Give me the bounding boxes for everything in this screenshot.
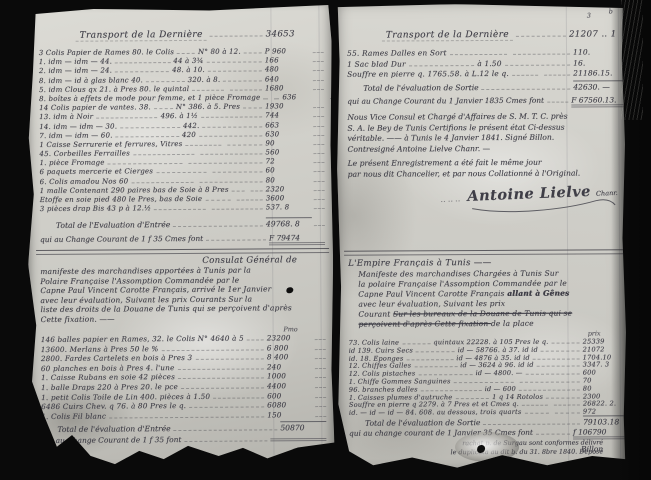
row-description: 1. petit Colis Toile de Lin 400. pièces … <box>41 391 210 401</box>
leader-dashes <box>421 386 482 391</box>
row-quantity: N° 80 à 12. <box>198 48 241 56</box>
left-ledger-rows: 3 Colis Papier de Rames 80. le Colis N° … <box>39 47 325 214</box>
registration-note: Le présent Enregistrement a été fait le … <box>348 157 628 179</box>
leader-dashes <box>546 393 580 398</box>
leader-dashes <box>313 67 324 72</box>
left-entree-exchange-row: qui au Change Courant de 1 f 35 font <box>41 434 326 445</box>
line-text: Manifeste des marchandises Chargées à Tu… <box>358 269 558 279</box>
row-description: 1. Caisse Rubans en soie 42 pièces <box>41 372 175 382</box>
row-description: 45. Corbeilles Ferrailles <box>39 149 130 158</box>
exchange-label: qui au Change Courant de 1 f 35 Cmes fon… <box>40 234 203 244</box>
right-total-row: Total de l'évaluation de Sortie 42630. — <box>347 80 627 92</box>
right-ledger-rows: 55. Rames Dalles en Sort 110. 1 Sac blad… <box>347 47 627 80</box>
leader-dashes <box>188 159 262 164</box>
leader-dashes <box>414 363 457 368</box>
row-amount: 636 <box>282 93 328 101</box>
paragraph-line: liste des droits de la Douane de Tunis q… <box>40 303 325 315</box>
line-text-bold: allant à Gênes <box>507 289 569 298</box>
leader-dashes <box>551 339 579 344</box>
leader-dashes <box>210 30 263 36</box>
leader-dashes <box>544 70 570 75</box>
row-amount: 640 <box>265 75 311 83</box>
scanned-manuscript-document: Transport de la Dernière 34653 3 Colis P… <box>0 0 651 480</box>
leader-dashes <box>315 383 326 388</box>
leader-dashes <box>315 373 326 378</box>
leader-dashes <box>455 394 489 399</box>
ledger-row: 3 pièces drap Bis 43 p à 12.½ 537. 8 <box>40 203 325 214</box>
certification-line: Contresigné Antoine Lielve Chanr. — <box>348 143 628 155</box>
corner-note: 3 <box>587 11 591 19</box>
leader-dashes <box>227 140 262 145</box>
leader-dashes <box>230 85 262 90</box>
leader-dashes <box>313 168 324 173</box>
exchange-amount <box>270 438 326 441</box>
row-quantity: 442. <box>183 121 199 129</box>
leader-dashes <box>315 345 326 350</box>
row-quantity: 320. à 8. <box>188 75 221 83</box>
leader-dashes <box>177 49 195 54</box>
leader-dashes <box>482 84 571 90</box>
row-amount: 21186.15. <box>573 68 627 77</box>
leader-dashes <box>189 403 264 408</box>
row-amount: 480 <box>265 65 311 73</box>
paper-crumple <box>455 432 519 462</box>
section-divider <box>36 248 329 255</box>
row-amount: 72 <box>265 157 311 165</box>
leader-dashes <box>200 177 263 182</box>
row-description: 3 pièces drap Bis 43 p à 12.½ <box>40 204 151 213</box>
row-description: 55. Rames Dalles en Sort <box>347 48 447 58</box>
exchange-amount: F 79474 <box>269 233 325 245</box>
row-amount: 60 <box>265 167 311 175</box>
leader-dashes <box>524 409 549 414</box>
ledger-row: 1. Colis Fil blanc 150 <box>41 410 326 422</box>
row-description: 1 malle Contenant 290 paires bas de Soie… <box>40 185 229 194</box>
leader-dashes <box>96 114 157 119</box>
leader-dashes <box>195 355 264 360</box>
row-amount: 630 <box>265 130 311 138</box>
leader-dashes <box>237 196 263 201</box>
row-quantity: 48. à 10. <box>172 66 205 74</box>
row-amount: 1680 <box>265 84 311 92</box>
row-description: 146 balles papier en Rames, 32. le Colis… <box>41 334 244 344</box>
leader-dashes <box>315 335 326 340</box>
leader-dashes <box>313 158 324 163</box>
leader-dashes <box>131 178 194 183</box>
row-amount: 600 <box>267 391 313 400</box>
empire-title: L'Empire Français à Tunis —— <box>348 257 628 268</box>
leader-dashes <box>416 347 455 352</box>
line-text: Capne Paul Vincent Carotte Français <box>358 289 507 299</box>
leader-dashes <box>313 122 324 127</box>
leader-dashes <box>313 103 324 108</box>
leader-dashes <box>115 58 170 63</box>
paragraph-line: Cette fixation. —— <box>41 313 326 325</box>
total-label: Total de l'évaluation d'Entrée <box>57 424 170 434</box>
left-total-row: Total de l'Evaluation d'Entrée 49768. 8 <box>40 217 325 230</box>
row-description: 1. balle Draps 220 à Pres 20. le pce <box>41 382 178 392</box>
leader-dashes <box>520 378 580 383</box>
row-description: Souffre en pierre q. 1765.58. à L.12 le … <box>347 69 509 79</box>
section-divider <box>344 249 632 256</box>
row-quantity: id — 4800. — <box>475 369 522 377</box>
row-amount: 110. <box>573 47 627 56</box>
row-description: 60 planches en bois à Pres 4. l'une <box>41 363 175 373</box>
row-description: 1. pièce Fromage <box>39 159 104 167</box>
line-text-struck: Sur les bureaux de la Douane de Tunis qu… <box>393 309 572 319</box>
row-amount: 744 <box>265 111 311 119</box>
manifest-sortie-paragraph: Manifeste des marchandises Chargées à Tu… <box>358 268 628 329</box>
leader-dashes <box>223 76 262 81</box>
row-quantity: 420 <box>182 131 196 139</box>
ink-blot <box>291 448 300 455</box>
left-transport-header: Transport de la Dernière 34653 <box>39 29 324 42</box>
row-description: 8. idm — id à glas blanc 40. <box>39 76 143 85</box>
row-description: 2800. Fardes Cartelets en bois à Pres 3 <box>41 353 193 363</box>
leader-dashes <box>120 123 180 128</box>
left-exchange-row: qui au Change Courant de 1 f 35 Cmes fon… <box>40 233 325 247</box>
line-text-struck: perçoivent d'après Cette fixation <box>358 319 490 329</box>
leader-dashes <box>555 409 580 414</box>
leader-dashes <box>314 204 325 209</box>
row-description: 1. Colis Fil blanc <box>41 411 106 420</box>
leader-dashes <box>313 112 324 117</box>
leader-dashes <box>313 57 324 62</box>
leader-dashes <box>537 362 580 367</box>
row-description: 1. idm — idm — 44. <box>39 58 112 67</box>
line-text: Courant <box>358 309 393 318</box>
leader-dashes <box>450 50 507 55</box>
leader-dashes <box>232 187 245 192</box>
page-right: 3 b Transport de la Dernière 21207 ‥ 1 5… <box>335 3 637 475</box>
leader-dashes <box>206 235 266 240</box>
row-amount: 90 <box>265 139 311 147</box>
ledger-row: Souffre en pierre q. 1765.58. à L.12 le … <box>347 68 627 80</box>
row-quantity: 496. à 1½ <box>161 112 198 120</box>
signature-suffix: Chanr. <box>596 189 618 198</box>
manifest-entree-paragraph: manifeste des marchandises apportées à T… <box>40 265 325 325</box>
leader-dashes <box>516 31 566 37</box>
row-description: 14 Colis papier de vantes. 38. <box>39 103 151 112</box>
row-description: 6 paquets mercerie et Cierges <box>39 168 153 177</box>
consul-certification: Nous Vice Consul et Chargé d'Affaires de… <box>347 111 627 154</box>
leader-dashes <box>313 140 324 145</box>
leader-dashes <box>547 98 568 103</box>
leader-dashes <box>313 48 324 53</box>
leader-dashes <box>313 149 324 154</box>
line-text: de la place <box>491 319 534 328</box>
row-amount: 16. <box>573 58 627 67</box>
leader-dashes <box>315 393 326 398</box>
leader-dashes <box>184 436 267 442</box>
transport-title: Transport de la Dernière <box>76 30 207 42</box>
leader-dashes <box>314 221 325 226</box>
row-description: 6. Colis amadou Nos 60 <box>40 177 129 186</box>
leader-dashes <box>199 131 262 136</box>
total-amount: 79103.18 <box>583 415 629 426</box>
row-description: 14. idm — idm — 30. <box>39 122 117 131</box>
row-description: 1 Caisse Serrurerie et ferrures, Vitres <box>39 140 182 149</box>
row-amount: 6080 <box>267 400 313 409</box>
right-sortie-rows: 73. Colis laine quintaux 22228. à 105 Pr… <box>349 337 629 416</box>
leader-dashes <box>315 354 326 359</box>
row-amount: 663 <box>265 121 311 129</box>
page-left: Transport de la Dernière 34653 3 Colis P… <box>26 5 334 475</box>
leader-dashes <box>314 195 325 200</box>
row-description: 1 Sac blad Dur <box>347 59 406 68</box>
row-amount: 166 <box>265 56 311 64</box>
leader-dashes <box>174 425 278 431</box>
leader-dashes <box>178 374 264 380</box>
leader-dashes <box>533 354 580 359</box>
leader-dashes <box>206 58 261 63</box>
transport-amount: 21207 ‥ 1 <box>569 29 627 39</box>
chancelier-signature: ‥‥‥ Antoine Lielve Chanr. <box>417 180 618 217</box>
leader-dashes <box>213 393 264 398</box>
leader-dashes <box>208 67 262 72</box>
leader-dashes <box>177 364 264 370</box>
row-description: 8. boîtes à effets de mode pour femme, e… <box>39 93 260 103</box>
leader-dashes <box>409 60 475 65</box>
total-label: Total de l'évaluation de Sortie <box>365 418 480 428</box>
leader-dashes <box>156 168 206 173</box>
row-amount: 2320 <box>266 185 312 193</box>
leader-dashes <box>244 49 262 54</box>
leader-dashes <box>108 159 182 164</box>
leader-dashes <box>115 68 169 73</box>
leader-dashes <box>313 85 324 90</box>
row-amount: 560 <box>265 148 311 156</box>
leader-dashes <box>247 335 264 340</box>
line-text: la polaire Française l'Assomption Comman… <box>358 279 567 289</box>
exchange-label: qui au Change Courant de 1 f 35 font <box>41 435 181 445</box>
leader-dashes <box>250 186 263 191</box>
row-amount: 1000 <box>267 371 313 380</box>
leader-dashes <box>202 122 262 127</box>
leader-dashes <box>109 412 264 418</box>
row-quantity: N° 386. à 5. Pres <box>176 103 240 111</box>
leader-dashes <box>526 370 580 375</box>
leader-dashes <box>116 132 179 137</box>
row-description: 13600. Merlans à Pres 50 le % <box>41 344 159 354</box>
leader-dashes <box>201 150 263 155</box>
leader-dashes <box>181 383 264 389</box>
leader-dashes <box>519 386 580 391</box>
leader-dashes <box>483 419 580 425</box>
total-amount: 42630. — <box>573 80 627 91</box>
left-entree-total-row: Total de l'évaluation d'Entrée 50870 <box>41 421 326 434</box>
paragraph-line: perçoivent d'après Cette fixation de la … <box>358 318 628 329</box>
row-quantity: 44 à 3¾ <box>173 57 203 65</box>
leader-dashes <box>402 340 430 345</box>
row-description: 6486 Cuirs Chev. q 76. à 80 Pres le q. <box>41 401 186 411</box>
corner-note: b <box>609 7 613 15</box>
leader-dashes <box>406 355 453 360</box>
leader-dashes <box>313 76 324 81</box>
leader-dashes <box>541 347 580 352</box>
row-description: 7. idm — idm — 60. <box>39 131 112 140</box>
row-amount: 150 <box>267 410 313 419</box>
leader-dashes <box>315 402 326 407</box>
leader-dashes <box>314 186 325 191</box>
leader-dashes <box>418 371 472 376</box>
left-entree-rows: 146 balles papier en Rames, 32. le Colis… <box>41 333 327 421</box>
row-description: 13. idm à Noir <box>39 113 93 121</box>
exchange-amount: F 67560.13. <box>571 95 627 107</box>
leader-dashes <box>192 86 224 91</box>
leader-dashes <box>154 104 173 109</box>
leader-dashes <box>512 71 538 76</box>
row-quantity: à 1.50 <box>477 58 501 67</box>
leader-dashes <box>243 104 262 109</box>
leader-dashes <box>315 412 326 417</box>
row-amount: 1930 <box>265 102 311 110</box>
leader-dashes <box>133 150 195 155</box>
right-exchange-row: qui au Change Courant du 1 Janvier 1835 … <box>347 95 627 108</box>
total-label: Total de l'Evaluation d'Entrée <box>56 220 170 230</box>
signature-lead-dashes: ‥‥‥ <box>440 194 462 204</box>
leader-dashes <box>263 94 268 99</box>
leader-dashes <box>554 401 580 406</box>
leader-dashes <box>205 196 231 201</box>
row-amount: 3600 <box>266 194 312 202</box>
transport-amount: 34653 <box>266 29 324 39</box>
row-amount: 240 <box>267 362 313 371</box>
leader-dashes <box>274 94 279 99</box>
total-label: Total de l'évaluation de Sortie <box>363 83 478 93</box>
leader-dashes <box>314 177 325 182</box>
leader-dashes <box>513 49 570 54</box>
row-amount: 80 <box>266 176 312 184</box>
leader-dashes <box>161 345 263 351</box>
line-text: avec leur évaluation, Suivant les prix <box>358 299 505 309</box>
row-description: 3 Colis Papier de Rames 80. le Colis <box>39 48 174 57</box>
leader-dashes <box>173 221 263 227</box>
row-description: 2. idm — idm — 24. <box>39 67 112 76</box>
row-description: Etoffe en soie pied 480 le Pres, bas de … <box>40 195 203 204</box>
row-description: 5. idm Clous qx 21. à Pres 80. le quinta… <box>39 85 189 94</box>
row-amount: 537. 8 <box>266 203 312 211</box>
exchange-label: qui au Change Courant du 1 Janvier 1835 … <box>347 96 544 106</box>
leader-dashes <box>315 364 326 369</box>
transport-title: Transport de la Dernière <box>382 30 513 42</box>
total-amount: 49768. 8 <box>266 217 312 228</box>
leader-dashes <box>154 205 205 210</box>
row-amount: 4400 <box>267 381 313 390</box>
leader-dashes <box>522 401 548 406</box>
leader-dashes <box>454 378 514 383</box>
total-amount: 50870 <box>280 421 326 432</box>
page-stack-texture <box>621 0 643 120</box>
right-sortie-total-row: Total de l'évaluation de Sortie 79103.18 <box>349 415 629 427</box>
registration-line: par nous dit Chancelier, et par nous Col… <box>348 168 628 180</box>
row-amount: 6 800 <box>267 343 313 352</box>
leader-dashes <box>185 141 220 146</box>
leader-dashes <box>211 205 262 210</box>
row-amount: 8 400 <box>267 352 313 361</box>
closing-signature: Billon <box>581 444 603 453</box>
leader-dashes <box>505 60 571 65</box>
leader-dashes <box>313 131 324 136</box>
row-amount: 23200 <box>267 333 313 342</box>
leader-dashes <box>201 113 262 118</box>
leader-dashes <box>536 430 570 435</box>
right-transport-header: Transport de la Dernière 21207 ‥ 1 <box>347 29 627 41</box>
leader-dashes <box>212 168 262 173</box>
row-amount: P 960 <box>265 47 311 55</box>
leader-dashes <box>146 77 185 82</box>
